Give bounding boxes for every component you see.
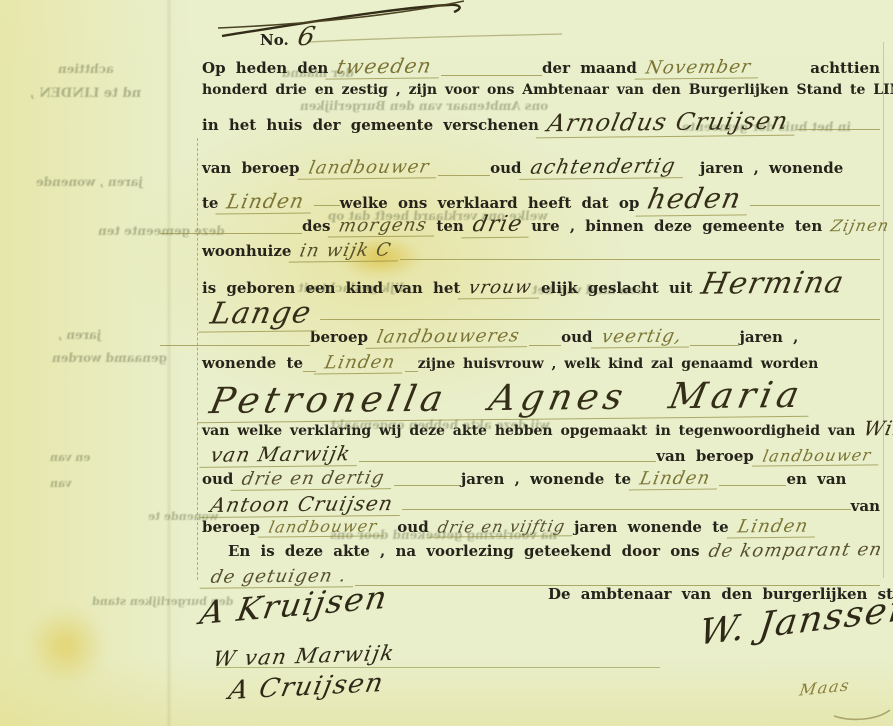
blank-fill-line <box>441 75 542 76</box>
handwritten-witness2-name: Antoon Cruijsen <box>199 491 405 518</box>
printed-text: jaren , wonende <box>700 159 843 177</box>
bleed-through-text: jaren , wonende <box>35 175 143 189</box>
printed-text: beroep <box>310 328 368 346</box>
handwritten-possessive: Zijnen <box>820 216 893 236</box>
form-line-witness1-age: oud drie en dertig jaren , wonende te Li… <box>202 468 880 492</box>
birth-record-scan: achttien nd te LINDEN , jaren , wonende … <box>0 0 893 726</box>
printed-text: oud <box>561 328 592 346</box>
blank-fill-line <box>394 485 461 486</box>
bleed-through-text: jaren , <box>57 328 101 342</box>
handwritten-mother-surname: Lange <box>198 295 324 332</box>
printed-text: elijk geslacht uit <box>541 279 693 297</box>
handwritten-town: Linden <box>314 352 407 375</box>
form-line-house: woonhuize in wijk C <box>202 240 880 266</box>
handwritten-mother-firstname: Hermina <box>689 265 856 302</box>
record-number-row: No. 6 <box>202 22 880 54</box>
printed-text: beroep <box>202 518 260 536</box>
form-line-child-name: Petronella Agnes Maria <box>202 378 880 416</box>
printed-text: ure , binnen deze gemeente ten <box>531 217 822 235</box>
form-line-time: des morgens ten drie ure , binnen deze g… <box>202 212 880 240</box>
archive-note: Maas <box>798 675 851 699</box>
blank-fill-line <box>750 205 880 206</box>
handwritten-mother-age: veertig, <box>590 325 693 348</box>
printed-text: oud <box>397 518 428 536</box>
form-line-declarant: in het huis der gemeente verschenen Arno… <box>202 108 880 136</box>
blank-fill-line <box>314 205 340 206</box>
printed-text: achttien <box>810 59 880 77</box>
handwritten-mother-occupation: landbouweres <box>366 325 531 349</box>
form-body: No. 6 Op heden den tweeden der maand Nov… <box>202 22 880 592</box>
printed-text: van beroep <box>656 447 754 465</box>
record-number-value: 6 <box>286 22 328 52</box>
left-margin-rule <box>197 138 198 580</box>
blank-fill-line <box>400 259 880 260</box>
handwritten-day: tweeden <box>326 53 444 79</box>
handwritten-declarant-name: Arnoldus Cruijsen <box>536 107 800 139</box>
handwritten-witness2-age: drie en vijftig <box>427 516 577 538</box>
form-gap <box>202 136 880 154</box>
printed-text: oud <box>202 470 233 488</box>
handwritten-address: in wijk C <box>289 239 403 262</box>
blank-fill-line <box>529 345 562 346</box>
printed-text: Op heden den <box>202 59 328 77</box>
blank-fill-line <box>402 509 851 510</box>
handwritten-witness1-surname: van Marwijk <box>199 441 362 468</box>
handwritten-witness2-occupation: landbouwer <box>258 516 389 537</box>
form-line-year: honderd drie en zestig , zijn voor ons A… <box>202 82 880 108</box>
handwritten-time-of-day: morgens <box>328 214 439 237</box>
form-line-witness1: van Marwijk van beroep landbouwer <box>202 442 880 468</box>
printed-text: in het huis der gemeente verschenen <box>202 116 539 134</box>
handwritten-date-word: heden <box>636 181 754 216</box>
blank-fill-line <box>797 129 880 130</box>
witness2-signature: A Cruijsen <box>226 668 387 706</box>
handwritten-town: Linden <box>726 516 819 539</box>
form-line-closing: En is deze akte , na voorlezing geteeken… <box>202 540 880 566</box>
printed-text: des <box>302 217 330 235</box>
form-line-witness2: Antoon Cruijsen van <box>202 492 880 516</box>
blank-fill-line <box>438 175 490 176</box>
blank-fill-line <box>690 345 739 346</box>
blank-fill-line <box>719 485 786 486</box>
printed-text: der maand <box>542 59 637 77</box>
printed-text: wonende te <box>202 354 303 372</box>
printed-text: jaren wonende te <box>574 518 729 536</box>
printed-text: En is deze akte , na voorlezing geteeken… <box>228 542 700 560</box>
form-line-child-sex: is geboren een kind van het vrouw elijk … <box>202 266 880 296</box>
printed-text: jaren , wonende te <box>461 470 631 488</box>
blank-fill-line <box>405 371 418 372</box>
printed-text: en van <box>786 470 846 488</box>
handwritten-town: Linden <box>216 189 317 215</box>
handwritten-witness1-age: drie en dertig <box>231 467 396 491</box>
signature-rule <box>216 667 660 668</box>
bleed-through-text: achttien <box>57 62 114 76</box>
blank-fill-line-left <box>160 233 302 234</box>
printed-text: ten <box>436 217 463 235</box>
printed-text: welke ons verklaard heeft dat op <box>340 194 640 212</box>
handwritten-closing: de komparant en <box>697 539 893 562</box>
printed-text: honderd drie en zestig , zijn voor ons A… <box>202 82 893 98</box>
handwritten-witness1-occupation: landbouwer <box>752 445 883 466</box>
form-line-residence: te Linden welke ons verklaard heeft dat … <box>202 182 880 212</box>
right-margin-rule <box>883 42 884 578</box>
printed-text: jaren , <box>739 328 798 346</box>
bleed-through-text: nd te LINDEN , <box>29 86 141 101</box>
printed-text: oud <box>490 159 521 177</box>
printed-text: van beroep <box>202 159 300 177</box>
printed-text: van welke verklaring wij deze akte hebbe… <box>202 423 855 439</box>
handwritten-month: November <box>635 56 763 79</box>
record-number-label: No. <box>260 31 289 49</box>
fold-crease <box>166 0 172 726</box>
handwritten-sex: vrouw <box>458 277 543 300</box>
form-line-mother-residence: wonende te Linden zijne huisvrouw , welk… <box>202 352 880 378</box>
form-line-date: Op heden den tweeden der maand November … <box>202 54 880 82</box>
printed-text: zijne huisvrouw , welk kind zal genaamd … <box>418 356 819 372</box>
printed-text: is geboren een kind van het <box>202 279 460 297</box>
blank-fill-line <box>359 461 656 462</box>
bleed-through-text: en van <box>49 451 90 464</box>
blank-fill-line-left <box>160 345 310 346</box>
form-line-witness2-age: beroep landbouwer oud drie en vijftig ja… <box>202 516 880 540</box>
printed-text: woonhuize <box>202 242 291 260</box>
pen-stroke-cutoff <box>832 702 892 724</box>
blank-fill-line <box>320 319 880 320</box>
handwritten-age: achtendertig <box>519 153 687 180</box>
bleed-through-text: genaamd worden <box>51 351 167 365</box>
printed-text: van <box>851 497 880 515</box>
handwritten-child-name: Petronella Agnes Maria <box>197 375 816 423</box>
handwritten-town: Linden <box>629 468 722 491</box>
handwritten-hour: drie <box>461 212 534 239</box>
handwritten-witness1-firstname: Willem <box>853 416 893 441</box>
form-line-occupation: van beroep landbouwer oud achtendertig j… <box>202 154 880 182</box>
handwritten-occupation: landbouwer <box>297 156 440 179</box>
paper-stain <box>26 606 106 686</box>
bleed-through-text: van <box>49 477 72 490</box>
